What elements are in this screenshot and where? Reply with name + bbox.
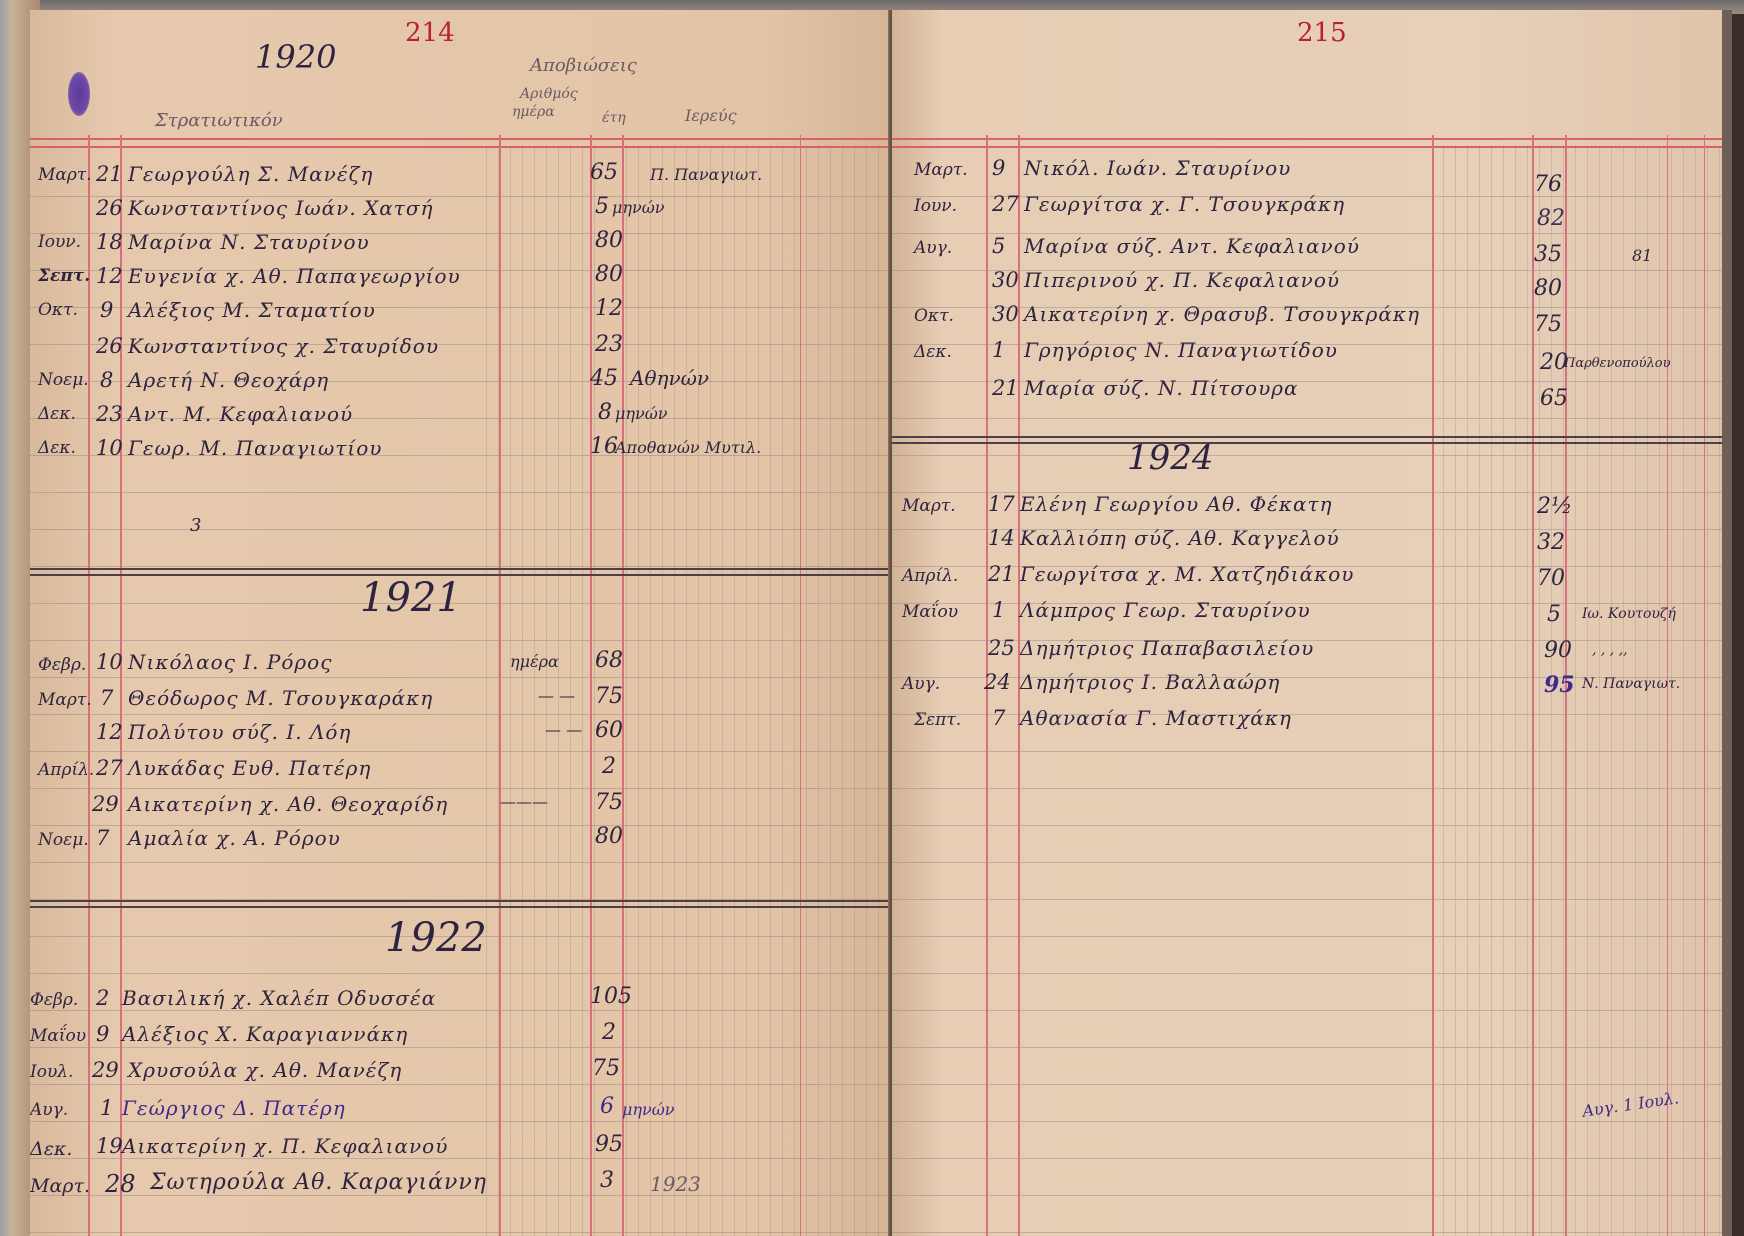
row-amount: 32 — [1537, 530, 1565, 555]
row-amount: 65 — [1540, 386, 1568, 411]
row-amount: 90 — [1544, 638, 1572, 663]
row-name: Αικατερίνη χ. Αθ. Θεοχαρίδη — [128, 792, 448, 816]
row-note: μηνών — [612, 198, 664, 217]
row-name: Λυκάδας Ευθ. Πατέρη — [128, 756, 371, 780]
row-month: Μαρτ. — [38, 690, 92, 710]
row-month: Μαρτ. — [902, 496, 956, 516]
row-month: Νοεμ. — [38, 370, 89, 390]
row-month: Δεκ. — [38, 404, 76, 424]
row-name: Κωνσταντίνος Ιωάν. Χατσή — [128, 196, 433, 220]
row-month: Δεκ. — [30, 1138, 72, 1160]
row-note: Ν. Παναγιωτ. — [1582, 676, 1680, 692]
row-amount: 68 — [595, 648, 623, 673]
row-name: Αρετή Ν. Θεοχάρη — [128, 368, 329, 392]
row-day: 25 — [988, 636, 1015, 660]
row-day: 21 — [992, 376, 1019, 400]
row-amount: 2½ — [1537, 494, 1572, 519]
row-day: 9 — [96, 1022, 109, 1046]
row-month: Μαρτ. — [30, 1175, 90, 1197]
row-name: Πιπερινού χ. Π. Κεφαλιανού — [1024, 268, 1340, 292]
row-day: 10 — [96, 436, 123, 460]
section-year: 1921 — [360, 575, 462, 621]
row-day: 1 — [992, 598, 1005, 622]
amount-column-heading: Αποβιώσεις — [530, 55, 637, 76]
row-amount: 16 — [590, 434, 618, 459]
row-name: Μαρία σύζ. Ν. Πίτσουρα — [1024, 376, 1299, 400]
row-note: Αποθανών Μυτιλ. — [615, 438, 761, 457]
row-amount: 6 — [600, 1094, 614, 1119]
row-qualifier: ——— — [500, 792, 548, 811]
row-month: Μαρτ. — [38, 165, 92, 185]
row-amount: 2 — [602, 754, 616, 779]
row-name: Γεωρ. Μ. Παναγιωτίου — [128, 436, 382, 460]
row-name: Γεωργίτσα χ. Μ. Χατζηδιάκου — [1020, 562, 1354, 586]
notes-column-line — [800, 135, 801, 1236]
row-day: 10 — [96, 650, 123, 674]
row-amount: 35 — [1534, 242, 1562, 267]
row-name: Ελένη Γεωργίου Αθ. Φέκατη — [1020, 492, 1333, 516]
row-day: 26 — [96, 196, 123, 220]
row-amount: 5 — [595, 194, 609, 219]
row-day: 14 — [988, 526, 1015, 550]
row-note: μηνών — [615, 404, 667, 423]
row-name: Γρηγόριος Ν. Παναγιωτίδου — [1024, 338, 1338, 362]
row-day: 1 — [992, 338, 1005, 362]
row-amount: 45 — [590, 366, 618, 391]
row-day: 27 — [992, 192, 1019, 216]
row-day: 9 — [992, 156, 1005, 180]
header-year: 1920 — [255, 38, 336, 76]
row-amount: 65 — [590, 160, 618, 185]
row-name: Μαρίνα Ν. Σταυρίνου — [128, 230, 370, 254]
row-day: 30 — [992, 302, 1019, 326]
row-month: Νοεμ. — [38, 830, 89, 850]
row-amount: 5 — [1547, 602, 1561, 627]
row-day: 29 — [92, 792, 119, 816]
row-month: Αυγ. — [902, 674, 940, 694]
row-month: Φεβρ. — [38, 655, 86, 675]
row-amount: 12 — [595, 296, 623, 321]
row-amount: 8 — [598, 400, 612, 425]
row-amount: 80 — [595, 824, 623, 849]
row-name: Μαρίνα σύζ. Αντ. Κεφαλιανού — [1024, 234, 1360, 258]
row-day: 28 — [105, 1170, 136, 1198]
row-day: 21 — [988, 562, 1015, 586]
row-name: Σωτηρούλα Αθ. Καραγιάννη — [150, 1170, 487, 1195]
row-amount: 75 — [595, 684, 623, 709]
row-day: 18 — [96, 230, 123, 254]
header-red-rule — [30, 138, 892, 148]
row-note: 1923 — [650, 1172, 701, 1196]
row-amount: 75 — [595, 790, 623, 815]
row-amount: 76 — [1534, 172, 1562, 197]
header-red-rule — [892, 138, 1722, 148]
row-name: Γεωργούλη Σ. Μανέζη — [128, 162, 373, 186]
row-name: Αμαλία χ. Α. Ρόρου — [128, 826, 341, 850]
row-name: Αλέξιος Χ. Καραγιαννάκη — [122, 1022, 408, 1046]
row-name: Κωνσταντίνος χ. Σταυρίδου — [128, 334, 439, 358]
row-qualifier: — — — [545, 720, 582, 739]
row-month: Μαΐου — [902, 602, 958, 622]
notes-column-heading: Ιερεύς — [685, 106, 737, 125]
row-name: Ευγενία χ. Αθ. Παπαγεωργίου — [128, 264, 461, 288]
row-name: Χρυσούλα χ. Αθ. Μανέζη — [128, 1058, 402, 1082]
row-qualifier: ημέρα — [510, 652, 559, 671]
row-amount: 80 — [1534, 276, 1562, 301]
row-name: Δημήτριος Παπαβασιλείου — [1020, 636, 1314, 660]
margin-mark: 3 — [190, 515, 201, 536]
row-note: μηνών — [622, 1100, 674, 1119]
row-note: Αθηνών — [630, 366, 709, 390]
name-column-heading: Στρατιωτικόν — [155, 110, 283, 131]
row-amount: 23 — [595, 332, 623, 357]
ledger-page-left: 214 1920 Στρατιωτικόν Αποβιώσεις Αριθμός… — [30, 10, 892, 1236]
row-day: 1 — [100, 1096, 113, 1120]
row-name: Αλέξιος Μ. Σταματίου — [128, 298, 376, 322]
row-day: 12 — [96, 720, 123, 744]
row-name: Γεώργιος Δ. Πατέρη — [122, 1096, 346, 1120]
row-amount: 105 — [590, 984, 632, 1009]
row-amount: 70 — [1537, 566, 1565, 591]
section-year: 1922 — [385, 915, 487, 961]
row-month: Μαρτ. — [914, 160, 968, 180]
row-amount: 95 — [1544, 672, 1575, 698]
row-month: Απρίλ. — [902, 566, 958, 586]
row-month: Οκτ. — [914, 306, 954, 326]
amount-subheading-1: Αριθμός — [520, 86, 578, 102]
row-month: Απρίλ. — [38, 760, 94, 780]
name-column-end-line — [499, 135, 501, 1236]
row-month: Αυγ. — [914, 238, 952, 258]
row-day: 12 — [96, 264, 123, 288]
row-amount: 3 — [600, 1168, 614, 1193]
row-month: Μαΐου — [30, 1026, 86, 1046]
amount-subheading-2: ημέρα — [512, 104, 555, 120]
row-amount: 95 — [595, 1132, 623, 1157]
row-amount: 2 — [602, 1020, 616, 1045]
row-amount: 82 — [1537, 206, 1565, 231]
qualifier-column-line — [1432, 135, 1434, 1236]
row-month: Σεπτ. — [38, 266, 90, 286]
row-note: , , , ,, — [1592, 642, 1628, 658]
row-day: 23 — [96, 402, 123, 426]
row-month: Αυγ. — [30, 1100, 68, 1120]
row-amount: 75 — [1534, 312, 1562, 337]
row-month: Δεκ. — [38, 438, 76, 458]
ink-stamp — [68, 72, 90, 116]
row-name: Αθανασία Γ. Μαστιχάκη — [1020, 706, 1292, 730]
section-divider — [30, 900, 892, 908]
row-day: 27 — [96, 756, 123, 780]
page-number: 214 — [405, 18, 455, 48]
row-name: Αικατερίνη χ. Θρασυβ. Τσουγκράκη — [1024, 302, 1420, 326]
row-qualifier: — — — [538, 686, 575, 705]
section-divider — [892, 436, 1722, 444]
row-day: 26 — [96, 334, 123, 358]
row-day: 29 — [92, 1058, 119, 1082]
row-day: 21 — [96, 162, 123, 186]
row-name: Λάμπρος Γεωρ. Σταυρίνου — [1020, 598, 1311, 622]
ledger-page-right: 215 Μαρτ. 9 Νικόλ. Ιωάν. Σταυρίνου 76 Ιο… — [892, 10, 1732, 1236]
row-note: Ιω. Κουτουζή — [1582, 606, 1676, 622]
row-amount: 80 — [595, 228, 623, 253]
row-month: Φεβρ. — [30, 990, 78, 1010]
row-day: 8 — [100, 368, 113, 392]
row-month: Ιουλ. — [30, 1062, 73, 1082]
row-day: 2 — [96, 986, 109, 1010]
row-name: Δημήτριος Ι. Βαλλαώρη — [1020, 670, 1280, 694]
notes-column-end-line — [1704, 135, 1705, 1236]
row-name: Πολύτου σύζ. Ι. Λόη — [128, 720, 351, 744]
row-amount: 60 — [595, 718, 623, 743]
row-name: Γεωργίτσα χ. Γ. Τσουγκράκη — [1024, 192, 1345, 216]
row-note: Π. Παναγιωτ. — [650, 165, 762, 184]
row-name: Καλλιόπη σύζ. Αθ. Καγγελού — [1020, 526, 1340, 550]
row-day: 30 — [992, 268, 1019, 292]
row-month: Ιουν. — [914, 196, 957, 216]
row-day: 7 — [992, 706, 1005, 730]
page-number: 215 — [1297, 18, 1347, 48]
day-column-line — [120, 135, 122, 1236]
row-amount: 75 — [592, 1056, 620, 1081]
row-name: Αικατερίνη χ. Π. Κεφαλιανού — [122, 1134, 448, 1158]
row-day: 5 — [992, 234, 1005, 258]
section-year: 1924 — [1127, 438, 1214, 478]
row-note: Παρθενοπούλου — [1564, 356, 1671, 371]
row-day: 17 — [988, 492, 1015, 516]
row-month: Οκτ. — [38, 300, 78, 320]
row-month: Ιουν. — [38, 232, 81, 252]
row-name: Θεόδωρος Μ. Τσουγκαράκη — [128, 686, 433, 710]
row-name: Βασιλική χ. Χαλέπ Οδυσσέα — [122, 986, 436, 1010]
row-month: Σεπτ. — [914, 710, 961, 730]
row-name: Νικόλ. Ιωάν. Σταυρίνου — [1024, 156, 1291, 180]
amount-subheading-3: έτη — [602, 110, 626, 126]
row-day: 24 — [984, 670, 1011, 694]
row-day: 19 — [96, 1134, 123, 1158]
row-amount: 80 — [595, 262, 623, 287]
row-day: 9 — [100, 298, 113, 322]
row-note: 81 — [1632, 246, 1652, 265]
row-name: Νικόλαος Ι. Ρόρος — [128, 650, 332, 674]
row-month: Δεκ. — [914, 342, 952, 362]
row-name: Αντ. Μ. Κεφαλιανού — [128, 402, 353, 426]
row-day: 7 — [96, 826, 109, 850]
row-day: 7 — [100, 686, 113, 710]
margin-line — [88, 135, 90, 1236]
